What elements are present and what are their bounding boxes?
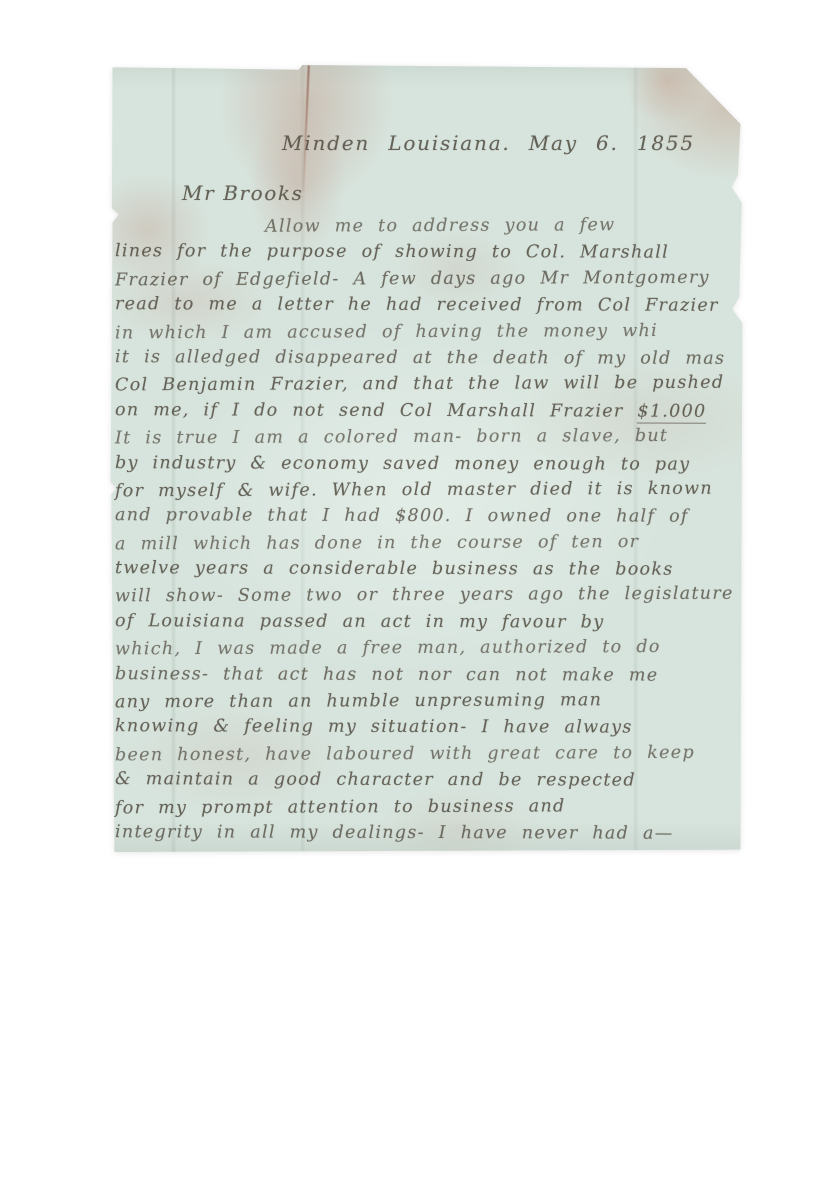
letter-line-text: on me, if I do not send Col Marshall Fra… xyxy=(115,400,624,421)
letter-page: Minden Louisiana. May 6. 1855 Mr Brooks … xyxy=(110,65,743,852)
letter-page-wrap: Minden Louisiana. May 6. 1855 Mr Brooks … xyxy=(110,65,743,852)
letter-line: for myself & wife. When old master died … xyxy=(115,476,739,505)
underlined-amount: $1.000 xyxy=(637,401,706,423)
paper-crack-tear xyxy=(302,65,310,193)
letter-line: by industry & economy saved money enough… xyxy=(115,450,739,478)
letter-line: and provable that I had $800. I owned on… xyxy=(115,502,739,530)
letter-line: any more than an humble unpresuming man xyxy=(115,687,739,716)
letter-line: in which I am accused of having the mone… xyxy=(115,317,739,346)
letter-dateline: Minden Louisiana. May 6. 1855 xyxy=(282,131,695,155)
letter-line: business- that act has not nor can not m… xyxy=(115,661,739,689)
letter-line: it is alledged disappeared at the death … xyxy=(115,344,739,372)
letter-line: knowing & feeling my situation- I have a… xyxy=(115,714,739,742)
letter-line: been honest, have laboured with great ca… xyxy=(115,739,739,768)
letter-line: for my prompt attention to business and xyxy=(115,792,739,821)
letter-line: integrity in all my dealings- I have nev… xyxy=(115,819,739,847)
letter-line: a mill which has done in the course of t… xyxy=(115,528,739,557)
letter-line: of Louisiana passed an act in my favour … xyxy=(115,608,739,636)
letter-line: Frazier of Edgefield- A few days ago Mr … xyxy=(115,264,739,293)
letter-line: Allow me to address you a few xyxy=(115,212,739,241)
letter-body: Allow me to address you a few lines for … xyxy=(115,213,739,846)
letter-line: lines for the purpose of showing to Col.… xyxy=(115,239,739,267)
letter-line-with-amount: on me, if I do not send Col Marshall Fra… xyxy=(115,397,739,425)
letter-line: will show- Some two or three years ago t… xyxy=(115,581,739,610)
letter-line: Col Benjamin Frazier, and that the law w… xyxy=(115,370,739,399)
scan-canvas: Minden Louisiana. May 6. 1855 Mr Brooks … xyxy=(0,0,819,1197)
letter-line: & maintain a good character and be respe… xyxy=(115,766,739,794)
letter-line: which, I was made a free man, authorized… xyxy=(115,634,739,663)
letter-line: It is true I am a colored man- born a sl… xyxy=(115,423,739,452)
letter-line: read to me a letter he had received from… xyxy=(115,291,739,319)
letter-line: twelve years a considerable business as … xyxy=(115,555,739,583)
letter-salutation: Mr Brooks xyxy=(182,181,304,205)
